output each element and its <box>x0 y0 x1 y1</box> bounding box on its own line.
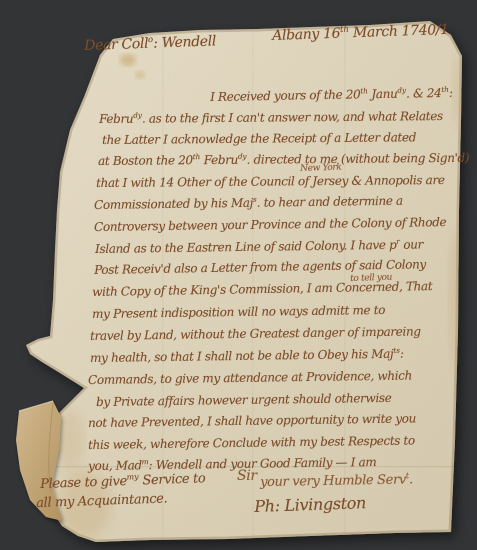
stain-top-left <box>120 54 136 66</box>
paper-artwork <box>0 0 477 550</box>
fold-crease <box>50 466 460 467</box>
letter-photograph: Dear Collo: WendellAlbany 16th March 174… <box>0 0 477 550</box>
stain-bottom-left <box>59 471 111 539</box>
